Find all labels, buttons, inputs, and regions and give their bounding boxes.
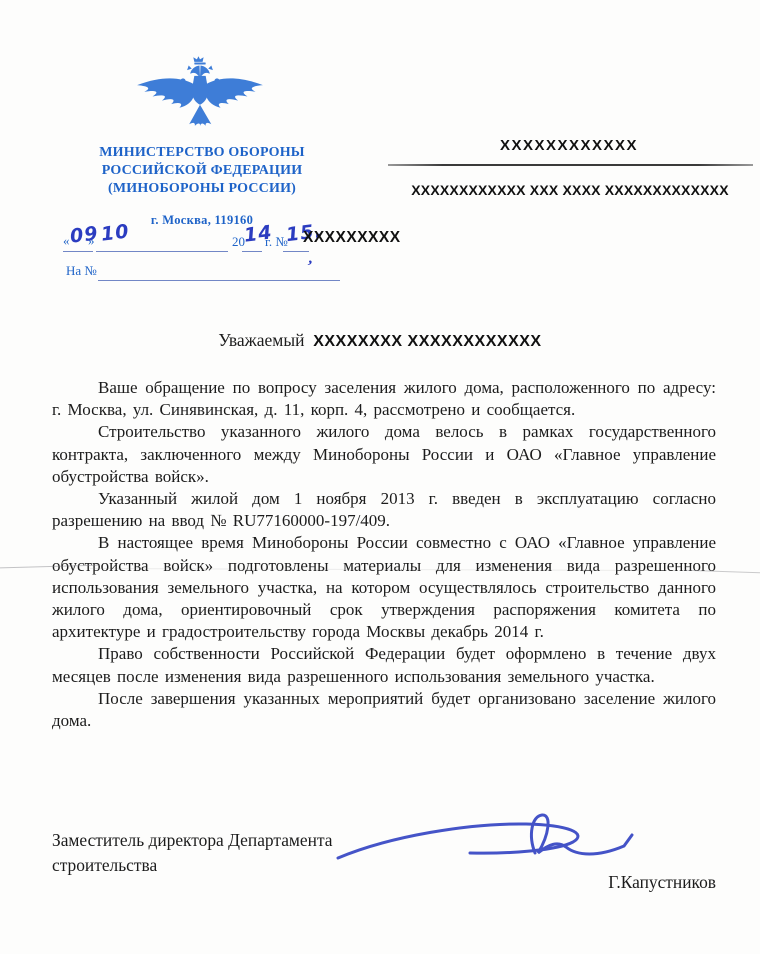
month-handwritten: 10 bbox=[100, 220, 131, 245]
open-quote: « bbox=[63, 233, 70, 249]
form-underline bbox=[283, 251, 309, 252]
recipient-line-1-redacted: ХХХХХХХХХХХХ bbox=[390, 137, 748, 154]
ink-tick-mark: , bbox=[307, 250, 315, 268]
body-paragraph: Строительство указанного жилого дома вел… bbox=[52, 421, 716, 488]
signer-title-line: Заместитель директора Департамента bbox=[52, 828, 332, 853]
body-paragraph: После завершения указанных мероприятий б… bbox=[52, 688, 716, 732]
salutation-name-redacted: ХХХХХХХХ ХХХХХХХХХХХХ bbox=[313, 333, 541, 350]
signer-title-line: строительства bbox=[52, 853, 332, 878]
handwritten-signature-icon bbox=[330, 806, 640, 886]
year-suffix-label: г. № bbox=[265, 234, 288, 250]
outgoing-number-redacted: ХХХХХХХХХ bbox=[303, 229, 401, 247]
ministry-name-line: (МИНОБОРОНЫ РОССИИ) bbox=[56, 180, 348, 198]
form-underline bbox=[98, 280, 340, 281]
year-printed-prefix: 20 bbox=[232, 234, 245, 250]
body-paragraph: В настоящее время Минобороны России совм… bbox=[52, 532, 716, 643]
day-handwritten: 09 bbox=[69, 222, 100, 247]
close-quote: » bbox=[88, 233, 95, 249]
letterhead-block: МИНИСТЕРСТВО ОБОРОНЫ РОССИЙСКОЙ ФЕДЕРАЦИ… bbox=[56, 144, 348, 229]
body-paragraph: Ваше обращение по вопросу заселения жило… bbox=[52, 377, 716, 421]
form-underline bbox=[63, 251, 93, 252]
body-paragraph: Право собственности Российской Федерации… bbox=[52, 643, 716, 687]
recipient-divider-line bbox=[388, 164, 753, 166]
reply-to-label: На № bbox=[66, 263, 97, 279]
form-underline bbox=[96, 251, 228, 252]
ministry-name-line: РОССИЙСКОЙ ФЕДЕРАЦИИ bbox=[56, 162, 348, 180]
salutation-line: Уважаемый ХХХХХХХХ ХХХХХХХХХХХХ bbox=[0, 330, 760, 351]
scanned-letter-page: МИНИСТЕРСТВО ОБОРОНЫ РОССИЙСКОЙ ФЕДЕРАЦИ… bbox=[0, 0, 760, 954]
signer-title: Заместитель директора Департамента строи… bbox=[52, 828, 332, 878]
double-headed-eagle-icon bbox=[133, 50, 267, 146]
body-paragraph: Указанный жилой дом 1 ноября 2013 г. вве… bbox=[52, 488, 716, 532]
signer-name: Г.Капустников bbox=[608, 872, 716, 893]
form-underline bbox=[242, 251, 262, 252]
letter-body: Ваше обращение по вопросу заселения жило… bbox=[52, 377, 716, 732]
ministry-name-line: МИНИСТЕРСТВО ОБОРОНЫ bbox=[56, 144, 348, 162]
salutation-prefix: Уважаемый bbox=[218, 330, 304, 350]
recipient-line-2-redacted: ХХХХХХХХХХХХ ХХХ ХХХХ ХХХХХХХХХХХХХ bbox=[386, 182, 754, 198]
